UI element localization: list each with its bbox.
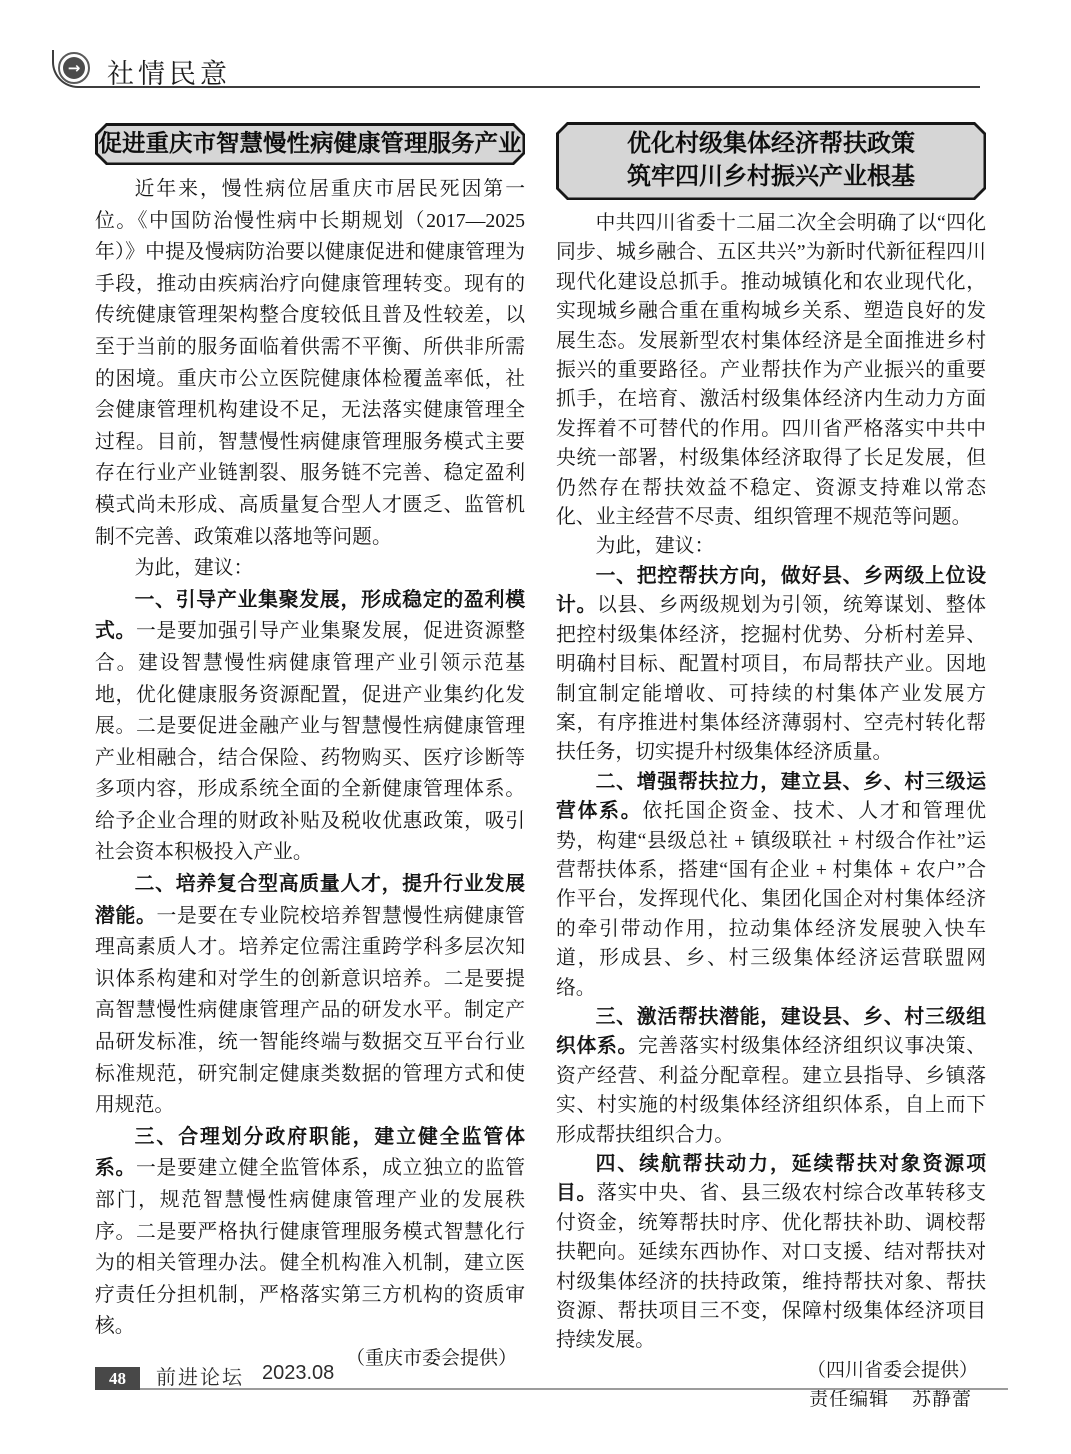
article-right-title: 优化村级集体经济帮扶政策 筑牢四川乡村振兴产业根基 (559, 125, 984, 198)
paragraph-text: 一是要建立健全监管体系，成立独立的监管部门，规范智慧慢性病健康管理产业的发展秩序… (95, 1157, 525, 1337)
editor-label: 责任编辑 (809, 1389, 889, 1410)
paragraph: 四、续航帮扶动力，延续帮扶对象资源项目。落实中央、省、县三级农村综合改革转移支付… (556, 1150, 986, 1356)
paragraph: 二、增强帮扶拉力，建立县、乡、村三级运营体系。依托国企资金、技术、人才和管理优势… (556, 768, 986, 1003)
journal-name: 前进论坛 (156, 1361, 244, 1390)
paragraph: 为此，建议： (556, 532, 986, 561)
paragraph-text: 一是要在专业院校培养智慧慢性病健康管理高素质人才。培养定位需注重跨学科多层次知识… (95, 905, 525, 1117)
section-title: 社情民意 (107, 52, 231, 91)
paragraph-text: 落实中央、省、县三级农村综合改革转移支付资金，统筹帮扶时序、优化帮扶补助、调校帮… (556, 1182, 986, 1351)
issue-date: 2023.08 (262, 1362, 334, 1385)
arrow-glyph: → (63, 57, 85, 79)
article-left: 促进重庆市智慧慢性病健康管理服务产业发展 近年来，慢性病位居重庆市居民死因第一位… (95, 123, 525, 1375)
article-right-title-line1: 优化村级集体经济帮扶政策 (559, 128, 984, 161)
arrow-right-circle-icon: → (58, 52, 90, 84)
paragraph-text: 中共四川省委十二届二次全会明确了以“四化同步、城乡融合、五区共兴”为新时代新征程… (556, 212, 986, 528)
paragraph: 二、培养复合型高质量人才，提升行业发展潜能。一是要在专业院校培养智慧慢性病健康管… (95, 869, 525, 1122)
paragraph-text: 近年来，慢性病位居重庆市居民死因第一位。《中国防治慢性病中长期规划（2017—2… (95, 178, 525, 548)
magazine-page: → 社情民意 促进重庆市智慧慢性病健康管理服务产业发展 近年来，慢性病位居重庆市… (0, 0, 1071, 1454)
editor-name: 苏静蕾 (912, 1389, 972, 1410)
page-number-badge: 48 (95, 1367, 140, 1390)
paragraph: 一、把控帮扶方向，做好县、乡两级上位设计。以县、乡两级规划为引领，统筹谋划、整体… (556, 562, 986, 768)
paragraph: 三、合理划分政府职能，建立健全监管体系。一是要建立健全监管体系，成立独立的监管部… (95, 1122, 525, 1343)
article-right-title-box: 优化村级集体经济帮扶政策 筑牢四川乡村振兴产业根基 (556, 122, 986, 200)
paragraph-text: 为此，建议： (135, 557, 254, 579)
paragraph-text: 为此，建议： (596, 535, 715, 557)
article-right: 优化村级集体经济帮扶政策 筑牢四川乡村振兴产业根基 中共四川省委十二届二次全会明… (556, 122, 986, 1415)
paragraph-text: 一是要加强引导产业集聚发展，促进资源整合。建设智慧慢性病健康管理产业引领示范基地… (95, 620, 525, 863)
article-right-title-line2: 筑牢四川乡村振兴产业根基 (559, 161, 984, 194)
paragraph: 为此，建议： (95, 553, 525, 585)
article-left-title: 促进重庆市智慧慢性病健康管理服务产业发展 (98, 126, 523, 163)
paragraph: 中共四川省委十二届二次全会明确了以“四化同步、城乡融合、五区共兴”为新时代新征程… (556, 209, 986, 532)
article-left-title-box: 促进重庆市智慧慢性病健康管理服务产业发展 (95, 123, 525, 165)
attribution: （四川省委会提供） (556, 1356, 986, 1385)
paragraph: 近年来，慢性病位居重庆市居民死因第一位。《中国防治慢性病中长期规划（2017—2… (95, 174, 525, 553)
paragraph: 一、引导产业集聚发展，形成稳定的盈利模式。一是要加强引导产业集聚发展，促进资源整… (95, 585, 525, 869)
paragraph-text: 以县、乡两级规划为引领，统筹谋划、整体把控村级集体经济，挖掘村优势、分析村差异、… (556, 594, 986, 763)
paragraph-text: 依托国企资金、技术、人才和管理优势，构建“县级总社 + 镇级联社 + 村级合作社… (556, 800, 986, 998)
paragraph: 三、激活帮扶潜能，建设县、乡、村三级组织体系。完善落实村级集体经济组织议事决策、… (556, 1003, 986, 1150)
